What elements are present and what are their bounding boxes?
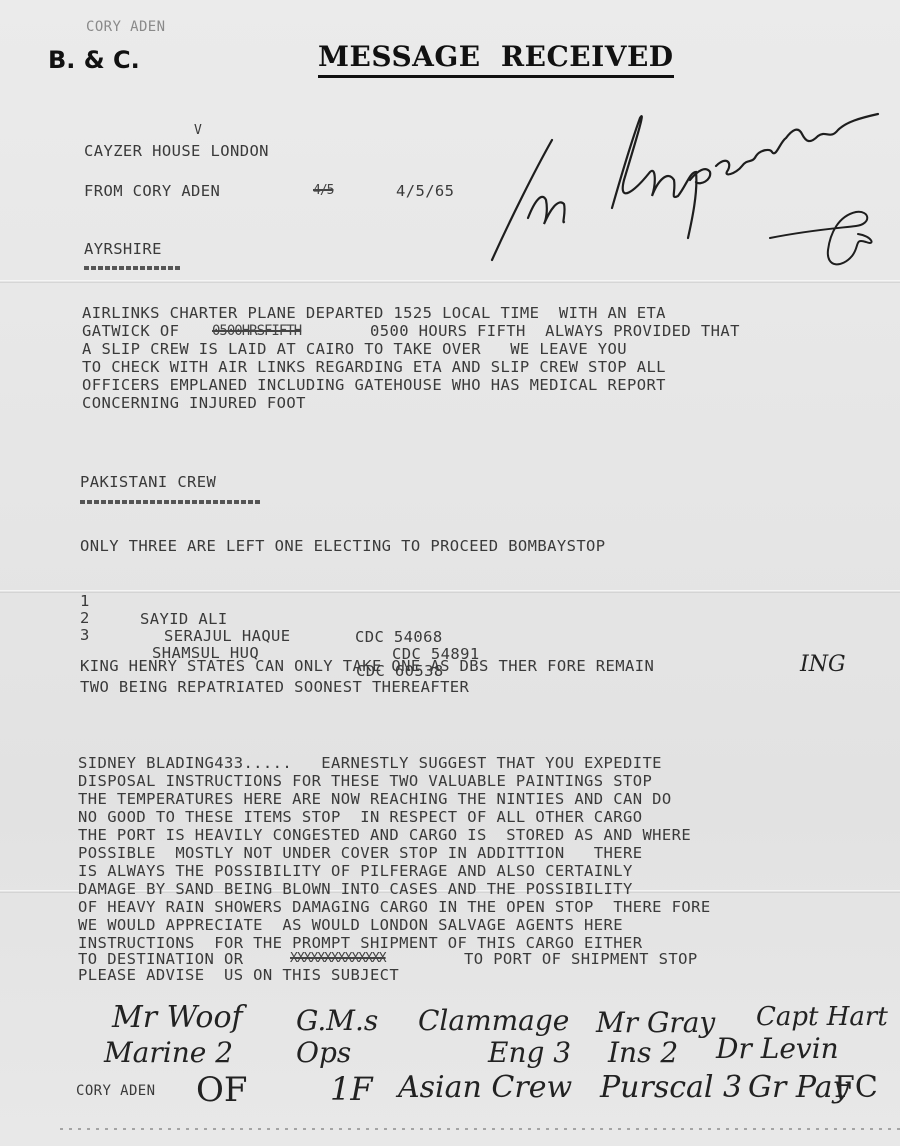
body-line: TWO BEING REPATRIATED SOONEST THEREAFTER: [80, 678, 469, 696]
paper-fold: [0, 280, 900, 283]
telex-message-sheet: CORY ADEN B. & C. MESSAGE RECEIVED V CAY…: [0, 0, 900, 1146]
distribution-entry: Ops: [296, 1036, 351, 1069]
crew-cdc: CDC 54068: [355, 628, 443, 646]
distribution-entry: Dr Levin: [716, 1032, 839, 1065]
body-line: A SLIP CREW IS LAID AT CAIRO TO TAKE OVE…: [82, 340, 627, 358]
body-line: THE PORT IS HEAVILY CONGESTED AND CARGO …: [78, 826, 691, 844]
crew-name: SERAJUL HAQUE: [164, 627, 291, 645]
body-line: POSSIBLE MOSTLY NOT UNDER COVER STOP IN …: [78, 844, 642, 862]
distribution-entry: FC: [834, 1070, 878, 1105]
distribution-entry: Ins 2: [608, 1036, 678, 1069]
list-item: 3 SHAMSUL HUQ CDC 60538: [80, 608, 138, 625]
distribution-entry: Asian Crew: [398, 1070, 572, 1105]
struck-reference: 4/5: [313, 182, 333, 200]
distribution-entry: Eng 3: [488, 1036, 571, 1069]
body-line: KING HENRY STATES CAN ONLY TAKE ONE AS D…: [80, 657, 654, 675]
body-line: GATWICK OF: [82, 322, 179, 340]
body-line: PLEASE ADVISE US ON THIS SUBJECT: [78, 966, 399, 984]
handwritten-insert: ING: [800, 652, 846, 677]
struck-text: 0500HRSFIFTH: [212, 322, 301, 340]
body-line: WE WOULD APPRECIATE AS WOULD LONDON SALV…: [78, 916, 623, 934]
cory-aden-stamp: CORY ADEN: [86, 18, 165, 36]
body-line: CONCERNING INJURED FOOT: [82, 394, 306, 412]
body-line: TO CHECK WITH AIR LINKS REGARDING ETA AN…: [82, 358, 666, 376]
routing-marker: V: [194, 122, 202, 140]
section-heading-ayrshire: AYRSHIRE: [84, 240, 162, 258]
distribution-entry: Mr Gray: [596, 1006, 715, 1039]
body-line: SIDNEY BLADING433..... EARNESTLY SUGGEST…: [78, 754, 662, 772]
list-item: 1 SAYID ALI CDC 54068: [80, 574, 138, 591]
distribution-entry: Clammage: [418, 1004, 569, 1037]
distribution-entry: OF: [196, 1070, 247, 1110]
section-heading-pakistani-crew: PAKISTANI CREW: [80, 473, 216, 491]
body-line: DAMAGE BY SAND BEING BLOWN INTO CASES AN…: [78, 880, 633, 898]
distribution-entry: 1F: [330, 1070, 373, 1108]
distribution-entry: Mr Woof: [112, 1000, 243, 1035]
body-line: NO GOOD TO THESE ITEMS STOP IN RESPECT O…: [78, 808, 642, 826]
body-line: IS ALWAYS THE POSSIBILITY OF PILFERAGE A…: [78, 862, 633, 880]
crew-name: SAYID ALI: [140, 610, 228, 628]
distribution-entry: Purscal 3: [600, 1070, 742, 1105]
message-date: 4/5/65: [396, 182, 454, 200]
distribution-entry: G.M.s: [296, 1004, 378, 1037]
page-title: MESSAGE RECEIVED: [318, 40, 674, 78]
company-logo-text: B. & C.: [48, 46, 140, 74]
crew-list: 1 SAYID ALI CDC 54068 2 SERAJUL HAQUE CD…: [80, 574, 138, 625]
body-line: THE TEMPERATURES HERE ARE NOW REACHING T…: [78, 790, 672, 808]
tear-line: [60, 1128, 900, 1130]
body-line: DISPOSAL INSTRUCTIONS FOR THESE TWO VALU…: [78, 772, 652, 790]
crew-intro: ONLY THREE ARE LEFT ONE ELECTING TO PROC…: [80, 537, 606, 555]
cory-aden-stamp: CORY ADEN: [76, 1082, 155, 1100]
heading-underline: [80, 500, 260, 504]
sender-line: FROM CORY ADEN: [84, 182, 220, 200]
body-line: TO PORT OF SHIPMENT STOP: [464, 950, 698, 968]
body-line: AIRLINKS CHARTER PLANE DEPARTED 1525 LOC…: [82, 304, 666, 322]
body-line: 0500 HOURS FIFTH ALWAYS PROVIDED THAT: [370, 322, 740, 340]
distribution-entry: Capt Hart: [756, 1002, 888, 1032]
distribution-entry: Marine 2: [104, 1036, 233, 1069]
heading-underline: [84, 266, 180, 270]
body-line: OFFICERS EMPLANED INCLUDING GATEHOUSE WH…: [82, 376, 666, 394]
recipient-address: CAYZER HOUSE LONDON: [84, 142, 269, 160]
list-item: 2 SERAJUL HAQUE CDC 54891: [80, 591, 138, 608]
body-line: OF HEAVY RAIN SHOWERS DAMAGING CARGO IN …: [78, 898, 711, 916]
handwritten-signature-carpenter: Mr Carpenter: [480, 100, 900, 280]
crew-number: 3: [80, 626, 90, 644]
